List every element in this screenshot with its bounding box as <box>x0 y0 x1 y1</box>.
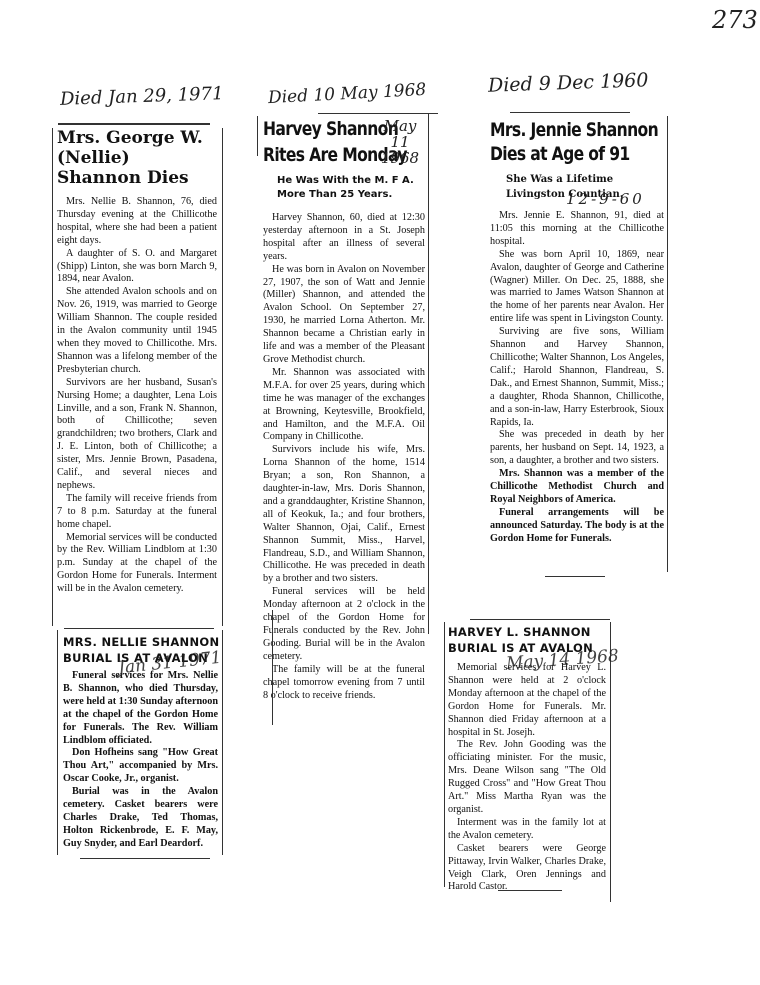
handwritten-date: Died Jan 29, 1971 <box>60 83 224 110</box>
paragraph: The family will receive friends from 7 t… <box>57 493 217 532</box>
paragraph: Mr. Shannon was associated with M.F.A. f… <box>263 367 425 444</box>
paragraph: Memorial services will be conducted by t… <box>57 532 217 597</box>
headline-line: (Nellie) <box>57 148 217 168</box>
divider <box>470 619 610 620</box>
article-body: Funeral services for Mrs. Nellie B. Shan… <box>63 670 218 851</box>
paragraph: Funeral services will be held Monday aft… <box>263 586 425 663</box>
divider <box>545 576 605 577</box>
paragraph: Funeral services for Mrs. Nellie B. Shan… <box>63 670 218 747</box>
column-border <box>272 610 273 725</box>
paragraph: Don Hofheins sang "How Great Thou Art," … <box>63 747 218 786</box>
divider <box>80 858 210 859</box>
page-number-annotation: 273 <box>712 6 758 34</box>
column-border <box>444 622 445 887</box>
paragraph: She attended Avalon schools and on Nov. … <box>57 286 217 376</box>
paragraph: Burial was in the Avalon cemetery. Caske… <box>63 786 218 851</box>
paragraph: Survivors include his wife, Mrs. Lorna S… <box>263 444 425 586</box>
headline-line: Shannon Dies <box>57 168 217 188</box>
divider <box>510 112 630 113</box>
paragraph: Mrs. Nellie B. Shannon, 76, died Thursda… <box>57 196 217 248</box>
paragraph: He was born in Avalon on November 27, 19… <box>263 264 425 367</box>
clipping-jennie-obituary: Mrs. Jennie Shannon Dies at Age of 91 Sh… <box>490 118 664 546</box>
subheadline-line: She Was a Lifetime <box>506 172 664 187</box>
headline-line: MRS. NELLIE SHANNON <box>63 634 218 650</box>
headline: Mrs. Jennie Shannon Dies at Age of 91 <box>490 118 664 166</box>
column-border <box>257 116 258 156</box>
paragraph: She was born April 10, 1869, near Avalon… <box>490 249 664 326</box>
paragraph: A daughter of S. O. and Margaret (Shipp)… <box>57 248 217 287</box>
article-body: Mrs. Nellie B. Shannon, 76, died Thursda… <box>57 196 217 596</box>
clipping-nellie-obituary: Mrs. George W. (Nellie) Shannon Dies Mrs… <box>57 128 217 596</box>
divider <box>58 123 210 125</box>
handwritten-date: Died 9 Dec 1960 <box>488 69 649 97</box>
paragraph: Mrs. Shannon was a member of the Chillic… <box>490 468 664 507</box>
paragraph: Survivors are her husband, Susan's Nursi… <box>57 377 217 493</box>
paragraph: Memorial services for Harvey L. Shannon … <box>448 662 606 739</box>
paragraph: Surviving are five sons, William Shannon… <box>490 326 664 429</box>
article-body: Memorial services for Harvey L. Shannon … <box>448 662 606 894</box>
divider <box>64 628 214 629</box>
handwritten-date: Died 10 May 1968 <box>268 80 427 108</box>
paragraph: Harvey Shannon, 60, died at 12:30 yester… <box>263 212 425 264</box>
divider <box>318 113 438 114</box>
paragraph: Interment was in the family lot at the A… <box>448 817 606 843</box>
article-body: Mrs. Jennie E. Shannon, 91, died at 11:0… <box>490 210 664 546</box>
column-border <box>57 630 58 855</box>
divider <box>498 890 562 891</box>
subheadline: He Was With the M. F A. More Than 25 Yea… <box>277 174 425 202</box>
paragraph: She was preceded in death by her parents… <box>490 429 664 468</box>
column-border <box>428 114 429 634</box>
headline-line: Mrs. George W. <box>57 128 217 148</box>
paragraph: Funeral arrangements will be announced S… <box>490 507 664 546</box>
paragraph: The Rev. John Gooding was the officiatin… <box>448 739 606 816</box>
article-body: Harvey Shannon, 60, died at 12:30 yester… <box>263 212 425 702</box>
clipping-harvey-rites: Harvey Shannon Rites Are Monday He Was W… <box>263 116 425 702</box>
headline: Mrs. George W. (Nellie) Shannon Dies <box>57 128 217 188</box>
paragraph: Casket bearers were George Pittaway, Irv… <box>448 843 606 895</box>
subheadline-line: More Than 25 Years. <box>277 188 425 202</box>
paragraph: Mrs. Jennie E. Shannon, 91, died at 11:0… <box>490 210 664 249</box>
paragraph: The family will be at the funeral chapel… <box>263 664 425 703</box>
headline-line: Dies at Age of 91 <box>490 142 633 166</box>
headline-line: Rites Are Monday <box>263 142 396 168</box>
column-border <box>52 128 53 626</box>
subheadline-line: He Was With the M. F A. <box>277 174 425 188</box>
handwritten-side-note: May 11 1968 <box>378 118 422 166</box>
column-border <box>222 128 223 626</box>
headline-line: HARVEY L. SHANNON <box>448 624 606 640</box>
handwritten-side-note: 12-9-60 <box>566 190 645 208</box>
column-border <box>667 116 668 572</box>
headline-line: Mrs. Jennie Shannon <box>490 118 633 142</box>
headline-line: Harvey Shannon <box>263 116 396 142</box>
